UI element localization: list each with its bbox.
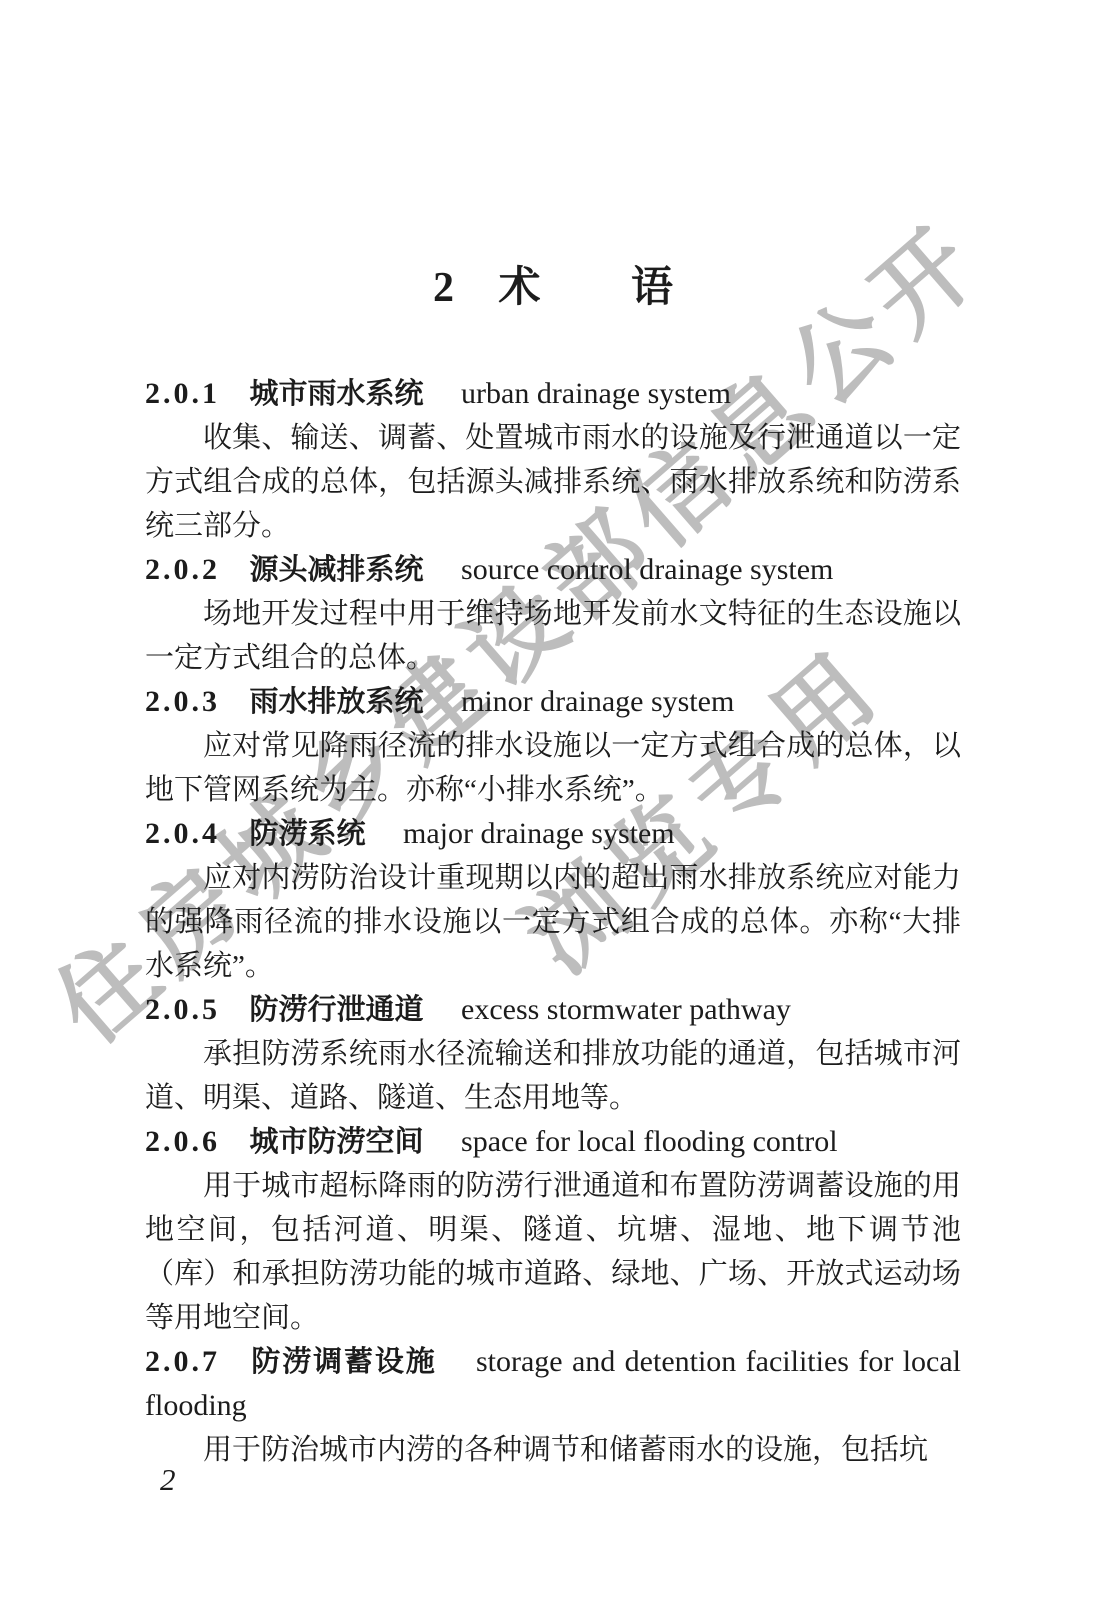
term-heading: 2.0.1 城市雨水系统 urban drainage system	[145, 372, 961, 416]
term-definition: 承担防涝系统雨水径流输送和排放功能的通道，包括城市河道、明渠、道路、隧道、生态用…	[145, 1032, 961, 1120]
term-heading: 2.0.6 城市防涝空间 space for local flooding co…	[145, 1120, 961, 1164]
chapter-title: 2 术 语	[145, 0, 961, 314]
term-definition: 用于城市超标降雨的防涝行泄通道和布置防涝调蓄设施的用地空间，包括河道、明渠、隧道…	[145, 1164, 961, 1340]
page-number: 2	[160, 1462, 176, 1498]
term-section-2-0-3: 2.0.3 雨水排放系统 minor drainage system 应对常见降…	[145, 680, 961, 812]
term-english: space for local flooding control	[461, 1125, 838, 1158]
term-definition: 场地开发过程中用于维持场地开发前水文特征的生态设施以一定方式组合的总体。	[145, 592, 961, 680]
term-english: urban drainage system	[461, 377, 731, 410]
term-chinese: 雨水排放系统	[250, 686, 424, 718]
term-heading: 2.0.3 雨水排放系统 minor drainage system	[145, 680, 961, 724]
term-heading: 2.0.5 防涝行泄通道 excess stormwater pathway	[145, 988, 961, 1032]
term-number: 2.0.4	[145, 817, 220, 850]
page-content: 2 术 语 2.0.1 城市雨水系统 urban drainage system…	[145, 0, 961, 1472]
term-definition: 应对内涝防治设计重现期以内的超出雨水排放系统应对能力的强降雨径流的排水设施以一定…	[145, 856, 961, 988]
term-number: 2.0.3	[145, 685, 220, 718]
term-section-2-0-2: 2.0.2 源头减排系统 source control drainage sys…	[145, 548, 961, 680]
term-english: minor drainage system	[461, 685, 734, 718]
terms-list: 2.0.1 城市雨水系统 urban drainage system 收集、输送…	[145, 372, 961, 1472]
term-definition: 收集、输送、调蓄、处置城市雨水的设施及行泄通道以一定方式组合成的总体，包括源头减…	[145, 416, 961, 548]
term-english: major drainage system	[403, 817, 675, 850]
chapter-title-word-1: 术	[498, 265, 540, 311]
term-definition: 用于防治城市内涝的各种调节和储蓄雨水的设施，包括坑	[145, 1428, 961, 1472]
term-number: 2.0.7	[145, 1345, 220, 1378]
term-number: 2.0.6	[145, 1125, 220, 1158]
term-section-2-0-5: 2.0.5 防涝行泄通道 excess stormwater pathway 承…	[145, 988, 961, 1120]
term-chinese: 城市防涝空间	[250, 1126, 424, 1158]
chapter-number: 2	[433, 265, 454, 311]
term-chinese: 城市雨水系统	[250, 378, 424, 410]
term-number: 2.0.2	[145, 553, 220, 586]
term-heading: 2.0.7 防涝调蓄设施 storage and detention facil…	[145, 1340, 961, 1428]
term-section-2-0-6: 2.0.6 城市防涝空间 space for local flooding co…	[145, 1120, 961, 1340]
term-english: source control drainage system	[461, 553, 833, 586]
term-chinese: 防涝调蓄设施	[251, 1346, 436, 1378]
term-number: 2.0.1	[145, 377, 220, 410]
term-definition: 应对常见降雨径流的排水设施以一定方式组合成的总体，以地下管网系统为主。亦称“小排…	[145, 724, 961, 812]
term-chinese: 防涝系统	[250, 818, 366, 850]
term-heading: 2.0.2 源头减排系统 source control drainage sys…	[145, 548, 961, 592]
term-section-2-0-1: 2.0.1 城市雨水系统 urban drainage system 收集、输送…	[145, 372, 961, 548]
term-heading: 2.0.4 防涝系统 major drainage system	[145, 812, 961, 856]
chapter-title-word-2: 语	[631, 265, 673, 311]
term-chinese: 防涝行泄通道	[250, 994, 424, 1026]
term-section-2-0-7: 2.0.7 防涝调蓄设施 storage and detention facil…	[145, 1340, 961, 1472]
term-number: 2.0.5	[145, 993, 220, 1026]
term-section-2-0-4: 2.0.4 防涝系统 major drainage system 应对内涝防治设…	[145, 812, 961, 988]
term-chinese: 源头减排系统	[250, 554, 424, 586]
document-page: 住房城乡建设部信息公开 浏览专用 2 术 语 2.0.1 城市雨水系统 urba…	[0, 0, 1103, 1598]
term-english: excess stormwater pathway	[461, 993, 791, 1026]
